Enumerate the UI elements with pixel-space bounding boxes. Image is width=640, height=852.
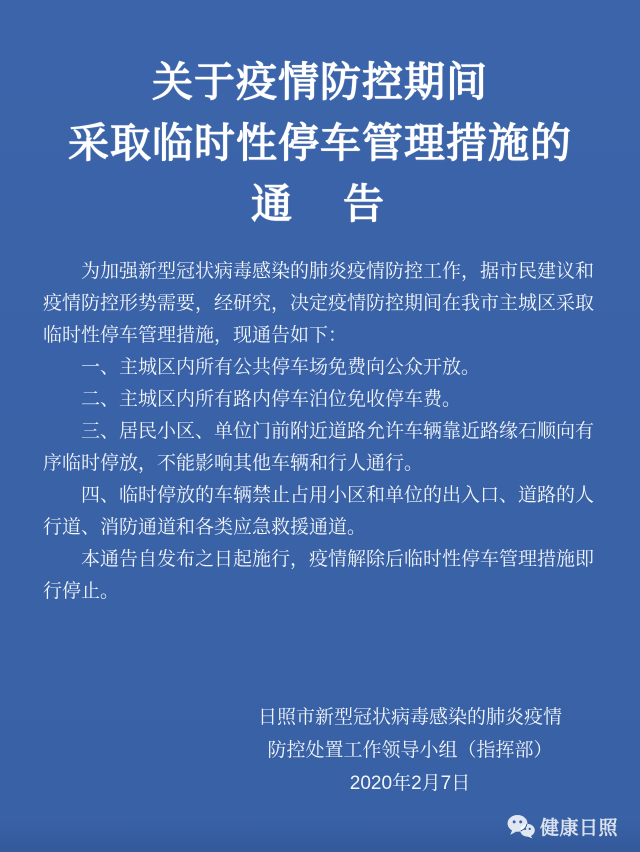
body-line-item-3: 三、居民小区、单位门前附近道路允许车辆靠近路缘石顺向有 — [43, 416, 594, 448]
watermark-text: 健康日照 — [540, 813, 618, 840]
watermark: 健康日照 — [507, 813, 618, 840]
body-line: 临时性停车管理措施，现通告如下： — [43, 320, 594, 352]
body-line: 序临时停放，不能影响其他车辆和行人通行。 — [43, 448, 594, 480]
body-line: 为加强新型冠状病毒感染的肺炎疫情防控工作，据市民建议和 — [43, 256, 594, 288]
signature-issuer-line-2: 防控处置工作领导小组（指挥部） — [220, 734, 600, 767]
title-line-3: 通 告 — [0, 174, 640, 235]
title-line-2: 采取临时性停车管理措施的 — [0, 113, 640, 174]
body-line-item-1: 一、主城区内所有公共停车场免费向公众开放。 — [43, 352, 594, 384]
notice-body: 为加强新型冠状病毒感染的肺炎疫情防控工作，据市民建议和 疫情防控形势需要，经研究… — [43, 256, 594, 608]
wechat-icon — [507, 814, 535, 839]
body-line-item-4: 四、临时停放的车辆禁止占用小区和单位的出入口、道路的人 — [43, 480, 594, 512]
body-line: 行停止。 — [43, 576, 594, 608]
signature-block: 日照市新型冠状病毒感染的肺炎疫情 防控处置工作领导小组（指挥部） 2020年2月… — [220, 701, 600, 800]
title-line-1: 关于疫情防控期间 — [0, 52, 640, 113]
body-line: 疫情防控形势需要，经研究，决定疫情防控期间在我市主城区采取 — [43, 288, 594, 320]
signature-date: 2020年2月7日 — [220, 767, 600, 800]
body-line-item-2: 二、主城区内所有路内停车泊位免收停车费。 — [43, 384, 594, 416]
notice-page: 关于疫情防控期间 采取临时性停车管理措施的 通 告 为加强新型冠状病毒感染的肺炎… — [0, 0, 640, 852]
body-line-closing: 本通告自发布之日起施行，疫情解除后临时性停车管理措施即 — [43, 544, 594, 576]
signature-issuer-line-1: 日照市新型冠状病毒感染的肺炎疫情 — [220, 701, 600, 734]
body-line: 行道、消防通道和各类应急救援通道。 — [43, 512, 594, 544]
notice-title: 关于疫情防控期间 采取临时性停车管理措施的 通 告 — [0, 0, 640, 235]
